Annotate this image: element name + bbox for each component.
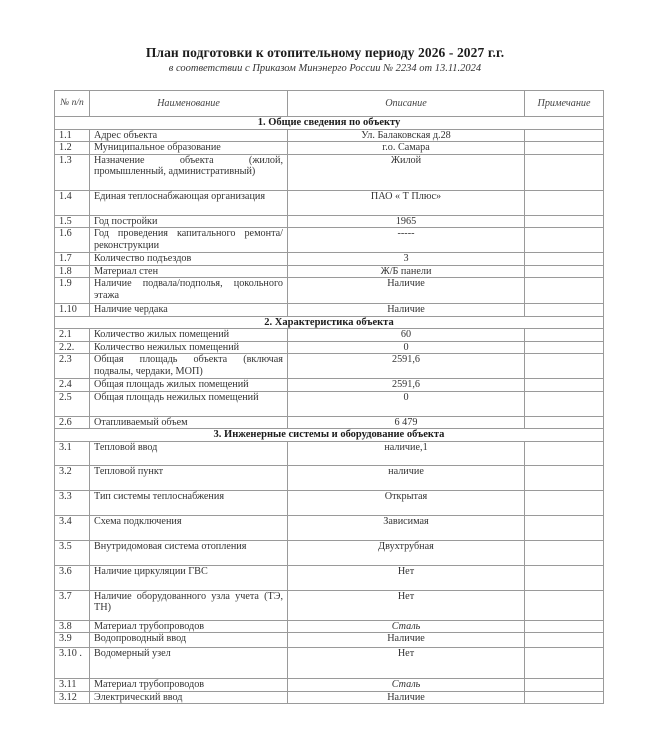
header-note: Примечание	[525, 91, 604, 117]
cell-desc: Наличие	[288, 691, 525, 704]
table-row: 1.6Год проведения капитального ремонта/р…	[55, 228, 604, 253]
cell-note	[525, 679, 604, 692]
cell-name: Единая теплоснабжающая организация	[90, 190, 288, 215]
cell-name: Тип системы теплоснабжения	[90, 490, 288, 515]
cell-name: Материал трубопроводов	[90, 620, 288, 633]
cell-note	[525, 565, 604, 590]
table-row: 3.6Наличие циркуляции ГВСНет	[55, 565, 604, 590]
cell-desc: Наличие	[288, 633, 525, 648]
cell-note	[525, 648, 604, 679]
cell-name: Количество жилых помещений	[90, 329, 288, 342]
table-row: 3.11Материал трубопроводовСталь	[55, 679, 604, 692]
cell-desc: Двухтрубная	[288, 540, 525, 565]
document-subtitle: в соответствии с Приказом Минэнерго Росс…	[0, 63, 650, 74]
cell-note	[525, 416, 604, 429]
cell-num: 2.1	[55, 329, 90, 342]
cell-num: 1.6	[55, 228, 90, 253]
table-row: 3.5Внутридомовая система отопленияДвухтр…	[55, 540, 604, 565]
cell-desc: ПАО « Т Плюс»	[288, 190, 525, 215]
cell-num: 1.5	[55, 215, 90, 228]
table-row: 3.9Водопроводный вводНаличие	[55, 633, 604, 648]
cell-note	[525, 354, 604, 379]
cell-note	[525, 265, 604, 278]
cell-name: Общая площадь нежилых помещений	[90, 391, 288, 416]
cell-desc: 0	[288, 391, 525, 416]
table-row: 3.8Материал трубопроводовСталь	[55, 620, 604, 633]
cell-note	[525, 142, 604, 155]
cell-name: Материал стен	[90, 265, 288, 278]
cell-num: 3.3	[55, 490, 90, 515]
cell-desc: Наличие	[288, 304, 525, 317]
cell-num: 3.12	[55, 691, 90, 704]
table-row: 1.7Количество подъездов3	[55, 253, 604, 266]
cell-name: Количество подъездов	[90, 253, 288, 266]
table-row: 3.4Схема подключенияЗависимая	[55, 515, 604, 540]
table-row: 1.4Единая теплоснабжающая организацияПАО…	[55, 190, 604, 215]
table-row: 3.1Тепловой вводналичие,1	[55, 441, 604, 465]
cell-note	[525, 540, 604, 565]
cell-desc: г.о. Самара	[288, 142, 525, 155]
table-body: 1. Общие сведения по объекту1.1Адрес объ…	[55, 117, 604, 704]
cell-desc: Жилой	[288, 154, 525, 190]
cell-num: 3.9	[55, 633, 90, 648]
cell-note	[525, 441, 604, 465]
cell-name: Общая площадь жилых помещений	[90, 379, 288, 392]
cell-desc: Нет	[288, 565, 525, 590]
header-name: Наименование	[90, 91, 288, 117]
section-title: 1. Общие сведения по объекту	[55, 117, 604, 130]
cell-name: Количество нежилых помещений	[90, 341, 288, 354]
cell-num: 3.4	[55, 515, 90, 540]
cell-num: 3.8	[55, 620, 90, 633]
table-row: 1.1Адрес объектаУл. Балаковская д.28	[55, 129, 604, 142]
cell-name: Тепловой пункт	[90, 465, 288, 490]
cell-name: Год постройки	[90, 215, 288, 228]
cell-name: Водопроводный ввод	[90, 633, 288, 648]
cell-name: Водомерный узел	[90, 648, 288, 679]
cell-name: Отапливаемый объем	[90, 416, 288, 429]
cell-num: 3.11	[55, 679, 90, 692]
cell-note	[525, 228, 604, 253]
cell-note	[525, 379, 604, 392]
cell-desc: Нет	[288, 648, 525, 679]
cell-note	[525, 391, 604, 416]
table-row: 2.5Общая площадь нежилых помещений0	[55, 391, 604, 416]
cell-desc: наличие,1	[288, 441, 525, 465]
cell-desc: Ул. Балаковская д.28	[288, 129, 525, 142]
cell-name: Муниципальное образование	[90, 142, 288, 155]
cell-num: 3.6	[55, 565, 90, 590]
cell-note	[525, 253, 604, 266]
cell-num: 3.10 .	[55, 648, 90, 679]
cell-note	[525, 154, 604, 190]
cell-num: 2.2.	[55, 341, 90, 354]
cell-num: 2.4	[55, 379, 90, 392]
cell-note	[525, 341, 604, 354]
cell-name: Адрес объекта	[90, 129, 288, 142]
cell-note	[525, 304, 604, 317]
cell-name: Внутридомовая система отопления	[90, 540, 288, 565]
cell-num: 1.10	[55, 304, 90, 317]
table-row: 2.6Отапливаемый объем6 479	[55, 416, 604, 429]
section-header-row: 2. Характеристика объекта	[55, 316, 604, 329]
cell-desc: 0	[288, 341, 525, 354]
table-row: 3.3Тип системы теплоснабженияОткрытая	[55, 490, 604, 515]
cell-name: Электрический ввод	[90, 691, 288, 704]
cell-note	[525, 691, 604, 704]
cell-name: Схема подключения	[90, 515, 288, 540]
cell-desc: Нет	[288, 590, 525, 620]
cell-desc: 60	[288, 329, 525, 342]
cell-note	[525, 633, 604, 648]
cell-desc: 6 479	[288, 416, 525, 429]
table-row: 2.1Количество жилых помещений60	[55, 329, 604, 342]
cell-name: Год проведения капитального ремонта/реко…	[90, 228, 288, 253]
table-row: 1.5Год постройки1965	[55, 215, 604, 228]
cell-num: 1.2	[55, 142, 90, 155]
section-title: 3. Инженерные системы и оборудование объ…	[55, 429, 604, 442]
table-header-row: № п/п Наименование Описание Примечание	[55, 91, 604, 117]
cell-desc: Наличие	[288, 278, 525, 304]
table-row: 3.12Электрический вводНаличие	[55, 691, 604, 704]
plan-table: № п/п Наименование Описание Примечание 1…	[54, 90, 604, 704]
cell-name: Наличие подвала/подполья, цокольного эта…	[90, 278, 288, 304]
cell-note	[525, 620, 604, 633]
cell-note	[525, 129, 604, 142]
cell-desc: 2591,6	[288, 379, 525, 392]
cell-desc: Ж/Б панели	[288, 265, 525, 278]
cell-num: 1.1	[55, 129, 90, 142]
cell-num: 1.9	[55, 278, 90, 304]
cell-name: Наличие оборудованного узла учета (ТЭ, Т…	[90, 590, 288, 620]
cell-num: 2.6	[55, 416, 90, 429]
cell-note	[525, 215, 604, 228]
table-row: 1.10Наличие чердакаНаличие	[55, 304, 604, 317]
section-title: 2. Характеристика объекта	[55, 316, 604, 329]
cell-name: Тепловой ввод	[90, 441, 288, 465]
cell-num: 3.1	[55, 441, 90, 465]
cell-num: 3.7	[55, 590, 90, 620]
cell-name: Материал трубопроводов	[90, 679, 288, 692]
cell-num: 1.8	[55, 265, 90, 278]
cell-desc: Сталь	[288, 620, 525, 633]
cell-note	[525, 515, 604, 540]
cell-desc: 3	[288, 253, 525, 266]
cell-name: Общая площадь объекта (включая подвалы, …	[90, 354, 288, 379]
table-row: 1.2Муниципальное образованиег.о. Самара	[55, 142, 604, 155]
cell-note	[525, 278, 604, 304]
table-row: 3.10 .Водомерный узелНет	[55, 648, 604, 679]
table-row: 3.7Наличие оборудованного узла учета (ТЭ…	[55, 590, 604, 620]
cell-desc: Сталь	[288, 679, 525, 692]
section-header-row: 1. Общие сведения по объекту	[55, 117, 604, 130]
table-row: 3.2Тепловой пунктналичие	[55, 465, 604, 490]
cell-num: 1.4	[55, 190, 90, 215]
cell-desc: Открытая	[288, 490, 525, 515]
cell-num: 2.5	[55, 391, 90, 416]
cell-desc: 2591,6	[288, 354, 525, 379]
cell-name: Наличие чердака	[90, 304, 288, 317]
section-header-row: 3. Инженерные системы и оборудование объ…	[55, 429, 604, 442]
table-row: 2.4Общая площадь жилых помещений2591,6	[55, 379, 604, 392]
cell-note	[525, 590, 604, 620]
table-row: 1.9Наличие подвала/подполья, цокольного …	[55, 278, 604, 304]
document-title: План подготовки к отопительному периоду …	[0, 45, 650, 61]
cell-note	[525, 465, 604, 490]
cell-name: Наличие циркуляции ГВС	[90, 565, 288, 590]
cell-note	[525, 190, 604, 215]
cell-desc: Зависимая	[288, 515, 525, 540]
cell-num: 1.7	[55, 253, 90, 266]
cell-num: 3.5	[55, 540, 90, 565]
header-desc: Описание	[288, 91, 525, 117]
cell-desc: 1965	[288, 215, 525, 228]
cell-desc: -----	[288, 228, 525, 253]
cell-desc: наличие	[288, 465, 525, 490]
header-num: № п/п	[55, 91, 90, 117]
cell-num: 3.2	[55, 465, 90, 490]
table-row: 1.3Назначение объекта (жилой, промышленн…	[55, 154, 604, 190]
cell-name: Назначение объекта (жилой, промышленный,…	[90, 154, 288, 190]
table-row: 2.2.Количество нежилых помещений0	[55, 341, 604, 354]
table-row: 2.3Общая площадь объекта (включая подвал…	[55, 354, 604, 379]
cell-num: 1.3	[55, 154, 90, 190]
table-row: 1.8Материал стенЖ/Б панели	[55, 265, 604, 278]
cell-note	[525, 490, 604, 515]
cell-num: 2.3	[55, 354, 90, 379]
cell-note	[525, 329, 604, 342]
